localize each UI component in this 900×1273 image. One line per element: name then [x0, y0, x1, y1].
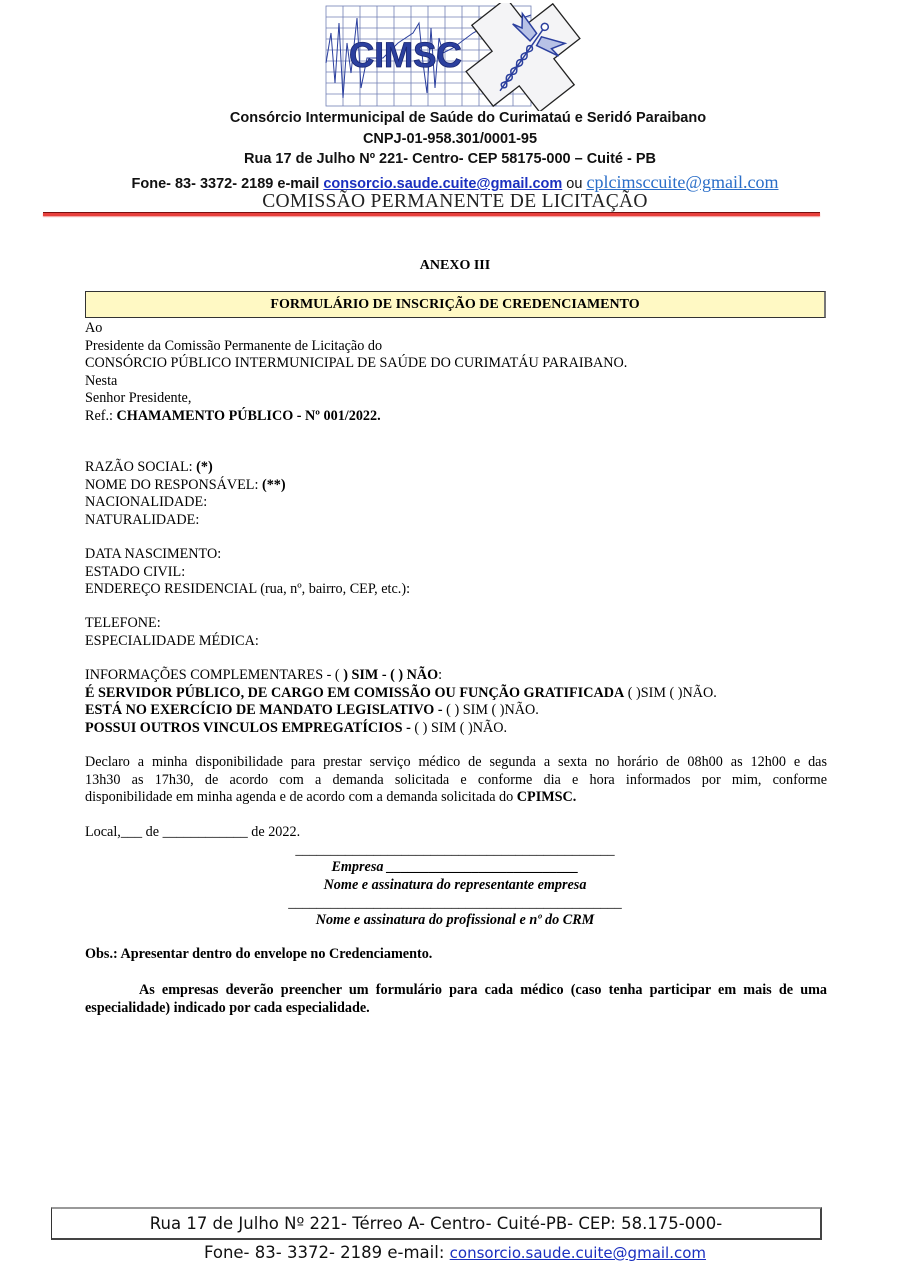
- address-recipient: Presidente da Comissão Permanente de Lic…: [85, 338, 827, 356]
- annex-title: ANEXO III: [0, 258, 900, 274]
- field-data-nascimento: DATA NASCIMENTO:: [85, 546, 827, 564]
- svg-text:CIMSC: CIMSC: [349, 36, 462, 75]
- field-nacionalidade: NACIONALIDADE:: [85, 494, 827, 512]
- instruction-note: As empresas deverão preencher um formulá…: [85, 982, 827, 1017]
- question-servidor-publico: É SERVIDOR PÚBLICO, DE CARGO EM COMISSÃO…: [85, 685, 827, 703]
- local-date-text: Local,___ de ____________ de 2022.: [85, 824, 827, 842]
- instruction-line: As empresas deverão preencher um formulá…: [85, 982, 827, 1000]
- address-to: Ao: [85, 320, 827, 338]
- field-telefone: TELEFONE:: [85, 615, 827, 633]
- footer-address-box: Rua 17 de Julho Nº 221- Térreo A- Centro…: [51, 1207, 822, 1240]
- form-title-box: FORMULÁRIO DE INSCRIÇÃO DE CREDENCIAMENT…: [85, 291, 826, 318]
- address-place: Nesta: [85, 373, 827, 391]
- email-link-primary[interactable]: consorcio.saude.cuite@gmail.com: [323, 176, 562, 192]
- questions: INFORMAÇÕES COMPLEMENTARES - ( ) SIM - (…: [85, 667, 827, 737]
- org-name: Consórcio Intermunicipal de Saúde do Cur…: [18, 110, 900, 126]
- signature-line-professional: ________________________________________…: [0, 895, 900, 912]
- company-name-line: Empresa ___________________________: [0, 859, 900, 876]
- declaration-line: disponibilidade em minha agenda e de aco…: [85, 789, 827, 807]
- org-contact: Fone- 83- 3372- 2189 e-mail consorcio.sa…: [5, 172, 900, 193]
- field-estado-civil: ESTADO CIVIL:: [85, 564, 827, 582]
- obs-note: Obs.: Apresentar dentro do envelope no C…: [85, 946, 827, 964]
- form-fields-group-1: RAZÃO SOCIAL: (*) NOME DO RESPONSÁVEL: (…: [85, 459, 827, 529]
- cimsc-logo: CIMSC: [323, 3, 593, 111]
- address-block: Ao Presidente da Comissão Permanente de …: [85, 320, 827, 425]
- reference: Ref.: CHAMAMENTO PÚBLICO - Nº 001/2022.: [85, 408, 827, 426]
- signature-line-company: ________________________________________…: [0, 842, 900, 859]
- declaration: Declaro a minha disponibilidade para pre…: [85, 754, 827, 807]
- company-signature-caption: Nome e assinatura do representante empre…: [0, 877, 900, 894]
- footer-contact: Fone- 83- 3372- 2189 e-mail: consorcio.s…: [0, 1243, 900, 1262]
- question-mandato-legislativo: ESTÁ NO EXERCÍCIO DE MANDATO LEGISLATIVO…: [85, 702, 827, 720]
- declaration-line: 13h30 as 17h30, de acordo com a demanda …: [85, 772, 827, 790]
- declaration-line: Declaro a minha disponibilidade para pre…: [85, 754, 827, 772]
- professional-signature-caption: Nome e assinatura do profissional e nº d…: [0, 912, 900, 929]
- footer-email-link[interactable]: consorcio.saude.cuite@gmail.com: [450, 1244, 706, 1262]
- email-link-cpl[interactable]: cplcimsccuite@gmail.com: [586, 172, 778, 192]
- logo-graphic: CIMSC: [323, 3, 593, 111]
- salutation: Senhor Presidente,: [85, 390, 827, 408]
- header-divider: [43, 212, 820, 216]
- field-especialidade: ESPECIALIDADE MÉDICA:: [85, 633, 827, 651]
- instruction-line: especialidade) indicado por cada especia…: [85, 1000, 827, 1018]
- form-fields-group-3: TELEFONE: ESPECIALIDADE MÉDICA:: [85, 615, 827, 650]
- phone-label: Fone- 83- 3372- 2189 e-mail: [132, 176, 324, 192]
- field-razao-social: RAZÃO SOCIAL: (*): [85, 459, 827, 477]
- address-entity: CONSÓRCIO PÚBLICO INTERMUNICIPAL DE SAÚD…: [85, 355, 827, 373]
- footer-phone: Fone- 83- 3372- 2189 e-mail:: [204, 1243, 450, 1262]
- question-info-complementares: INFORMAÇÕES COMPLEMENTARES - ( ) SIM - (…: [85, 667, 827, 685]
- or-text: ou: [562, 176, 586, 192]
- field-responsavel: NOME DO RESPONSÁVEL: (**): [85, 477, 827, 495]
- question-outros-vinculos: POSSUI OUTROS VINCULOS EMPREGATÍCIOS - (…: [85, 720, 827, 738]
- commission-title: COMISSÃO PERMANENTE DE LICITAÇÃO: [0, 191, 900, 213]
- ref-label: Ref.:: [85, 408, 117, 424]
- field-endereco: ENDEREÇO RESIDENCIAL (rua, nº, bairro, C…: [85, 581, 827, 599]
- ref-value: CHAMAMENTO PÚBLICO - Nº 001/2022.: [117, 408, 381, 424]
- form-fields-group-2: DATA NASCIMENTO: ESTADO CIVIL: ENDEREÇO …: [85, 546, 827, 599]
- local-date: Local,___ de ____________ de 2022.: [85, 824, 827, 842]
- org-address: Rua 17 de Julho Nº 221- Centro- CEP 5817…: [0, 151, 900, 167]
- org-cnpj: CNPJ-01-958.301/0001-95: [0, 131, 900, 147]
- field-naturalidade: NATURALIDADE:: [85, 512, 827, 530]
